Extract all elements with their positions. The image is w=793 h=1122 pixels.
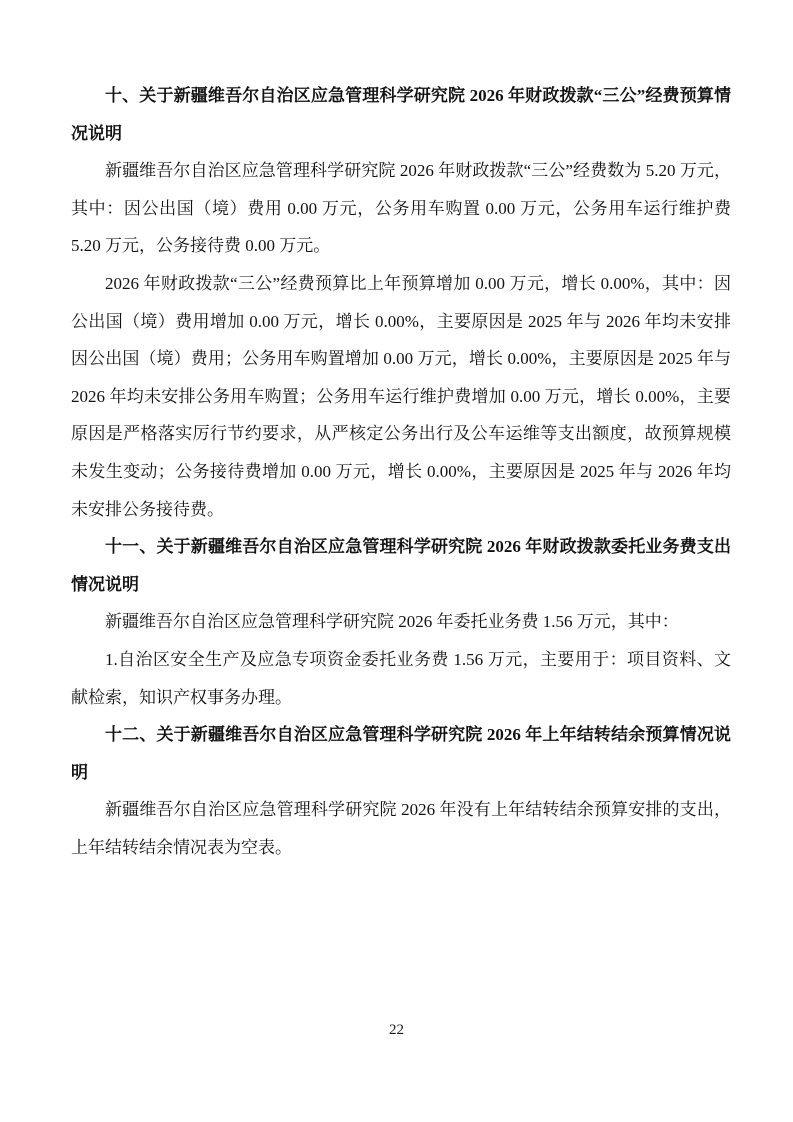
paragraph: 1.自治区安全生产及应急专项资金委托业务费 1.56 万元，主要用于：项目资料、… (71, 641, 731, 716)
paragraph: 2026 年财政拨款“三公”经费预算比上年预算增加 0.00 万元，增长 0.0… (71, 265, 731, 528)
paragraph: 新疆维吾尔自治区应急管理科学研究院 2026 年没有上年结转结余预算安排的支出，… (71, 791, 731, 866)
page-number: 22 (0, 1020, 793, 1040)
section-eleven-heading: 十一、关于新疆维吾尔自治区应急管理科学研究院 2026 年财政拨款委托业务费支出… (71, 528, 731, 603)
section-ten: 十、关于新疆维吾尔自治区应急管理科学研究院 2026 年财政拨款“三公”经费预算… (71, 77, 731, 528)
section-ten-heading: 十、关于新疆维吾尔自治区应急管理科学研究院 2026 年财政拨款“三公”经费预算… (71, 77, 731, 152)
section-eleven: 十一、关于新疆维吾尔自治区应急管理科学研究院 2026 年财政拨款委托业务费支出… (71, 528, 731, 716)
paragraph: 新疆维吾尔自治区应急管理科学研究院 2026 年委托业务费 1.56 万元，其中… (71, 603, 731, 641)
section-twelve: 十二、关于新疆维吾尔自治区应急管理科学研究院 2026 年上年结转结余预算情况说… (71, 716, 731, 866)
paragraph: 新疆维吾尔自治区应急管理科学研究院 2026 年财政拨款“三公”经费数为 5.2… (71, 152, 731, 265)
document-body: 十、关于新疆维吾尔自治区应急管理科学研究院 2026 年财政拨款“三公”经费预算… (71, 77, 731, 866)
document-page: 十、关于新疆维吾尔自治区应急管理科学研究院 2026 年财政拨款“三公”经费预算… (0, 0, 793, 1122)
section-twelve-heading: 十二、关于新疆维吾尔自治区应急管理科学研究院 2026 年上年结转结余预算情况说… (71, 716, 731, 791)
